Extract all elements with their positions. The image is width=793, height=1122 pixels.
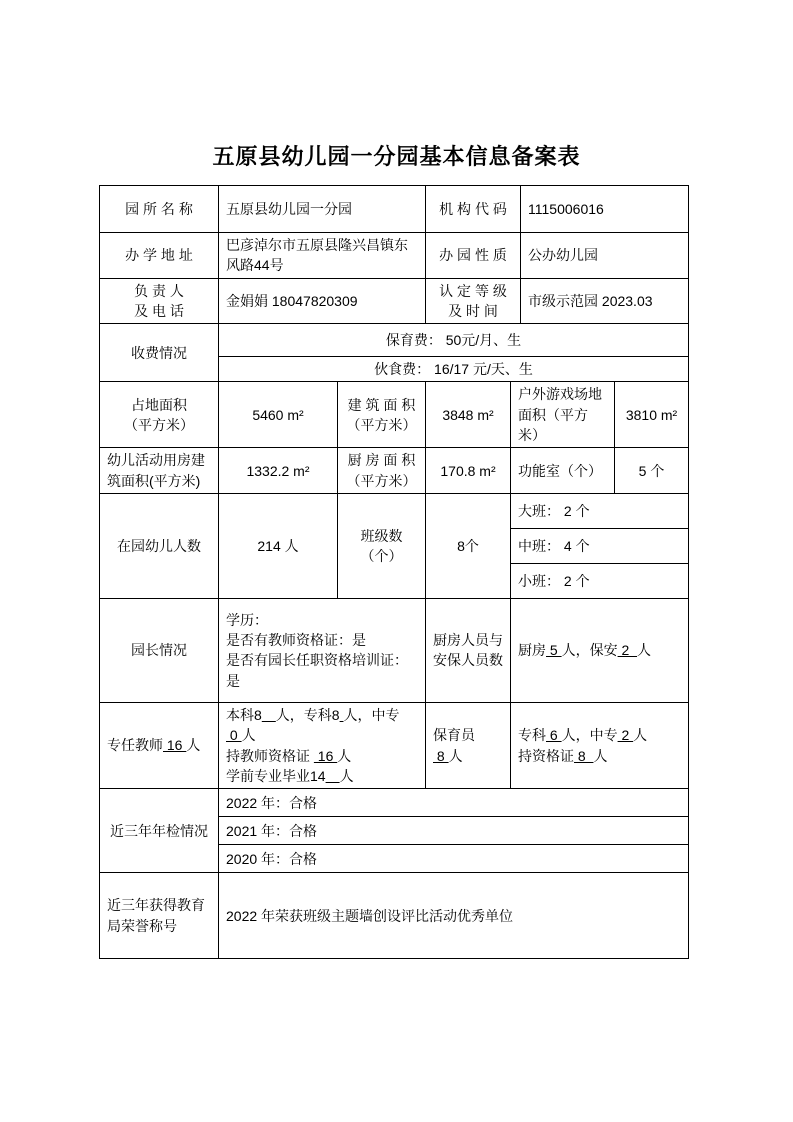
org-name-value: 五原县幼儿园一分园 xyxy=(219,186,426,233)
nurses-certified: 持资格证 8 人 xyxy=(518,746,681,766)
kitchen-security-label: 厨房人员与 安保人员数 xyxy=(426,598,511,702)
care-fee-value: 保育费： 50元/月、生 xyxy=(219,324,689,357)
org-code-value: 1115006016 xyxy=(521,186,689,233)
org-type-value: 公办幼儿园 xyxy=(521,233,689,279)
principal-phone-label-line1: 负 责 人 xyxy=(107,281,211,301)
junior-class-value: 小班： 2 个 xyxy=(511,563,689,598)
nurses-value: 专科 6 人，中专 2 人 持资格证 8 人 xyxy=(511,702,689,788)
outdoor-area-value: 3810 m² xyxy=(615,382,689,448)
principal-education: 学历： xyxy=(226,610,418,630)
fees-label: 收费情况 xyxy=(100,324,219,382)
kitchen-security-label-line1: 厨房人员与 xyxy=(433,630,503,650)
kitchen-area-label-line1: 厨 房 面 积 xyxy=(345,450,418,470)
org-type-label: 办 园 性 质 xyxy=(426,233,521,279)
outdoor-area-label-line2: 面积（平方米） xyxy=(518,405,607,446)
kitchen-security-label-line2: 安保人员数 xyxy=(433,650,503,670)
org-code-label: 机 构 代 码 xyxy=(426,186,521,233)
row-principal-phone: 负 责 人 及 电 话 金娟娟 18047820309 认 定 等 级 及 时 … xyxy=(100,278,689,324)
teachers-certified: 持教师资格证 16 人 xyxy=(226,746,418,766)
grade-label-line2: 及 时 间 xyxy=(433,301,513,321)
row-areas-2: 幼儿活动用房建筑面积(平方米) 1332.2 m² 厨 房 面 积 （平方米） … xyxy=(100,448,689,494)
principal-phone-label: 负 责 人 及 电 话 xyxy=(100,278,219,324)
row-teachers-nurses: 专任教师 16 人 本科8 人，专科8 人，中专 0 人 持教师资格证 16 人… xyxy=(100,702,689,788)
kitchen-area-label-line2: （平方米） xyxy=(345,471,418,491)
children-value: 214 人 xyxy=(219,493,338,598)
kitchen-security-value: 厨房 5 人，保安 2 人 xyxy=(511,598,689,702)
grade-value: 市级示范园 2023.03 xyxy=(521,278,689,324)
address-value: 巴彦淖尔市五原县隆兴昌镇东风路44号 xyxy=(219,233,426,279)
row-children-senior: 在园幼儿人数 214 人 班级数（个） 8个 大班： 2 个 xyxy=(100,493,689,528)
inspection-label: 近三年年检情况 xyxy=(100,789,219,873)
inspection-2022: 2022 年：合格 xyxy=(219,789,689,817)
grade-label: 认 定 等 级 及 时 间 xyxy=(426,278,521,324)
row-honor: 近三年获得教育局荣誉称号 2022 年荣获班级主题墙创设评比活动优秀单位 xyxy=(100,873,689,959)
function-rooms-value: 5 个 xyxy=(615,448,689,494)
building-area-label-line2: （平方米） xyxy=(345,415,418,435)
info-table: 园 所 名 称 五原县幼儿园一分园 机 构 代 码 1115006016 办 学… xyxy=(99,185,689,959)
senior-class-value: 大班： 2 个 xyxy=(511,493,689,528)
nurses-education: 专科 6 人，中专 2 人 xyxy=(518,725,681,745)
address-label: 办 学 地 址 xyxy=(100,233,219,279)
row-address: 办 学 地 址 巴彦淖尔市五原县隆兴昌镇东风路44号 办 园 性 质 公办幼儿园 xyxy=(100,233,689,279)
land-area-value: 5460 m² xyxy=(219,382,338,448)
principal-info-value: 学历： 是否有教师资格证：是 是否有园长任职资格培训证：是 xyxy=(219,598,426,702)
grade-label-line1: 认 定 等 级 xyxy=(433,281,513,301)
principal-info-label: 园长情况 xyxy=(100,598,219,702)
building-area-value: 3848 m² xyxy=(426,382,511,448)
row-org-name: 园 所 名 称 五原县幼儿园一分园 机 构 代 码 1115006016 xyxy=(100,186,689,233)
principal-phone-label-line2: 及 电 话 xyxy=(107,301,211,321)
principal-post-cert: 是否有园长任职资格培训证：是 xyxy=(226,650,418,691)
middle-class-value: 中班： 4 个 xyxy=(511,528,689,563)
outdoor-area-label-line1: 户外游戏场地 xyxy=(518,384,607,404)
teachers-label: 专任教师 16 人 xyxy=(100,702,219,788)
row-inspection-2022: 近三年年检情况 2022 年：合格 xyxy=(100,789,689,817)
teachers-major: 学前专业毕业14 人 xyxy=(226,766,418,786)
document-page: 五原县幼儿园一分园基本信息备案表 园 所 名 称 五原县幼儿园一分园 机 构 代… xyxy=(0,0,793,1122)
nurses-label: 保育员 8 人 xyxy=(426,702,511,788)
inspection-2020: 2020 年：合格 xyxy=(219,845,689,873)
honor-value: 2022 年荣获班级主题墙创设评比活动优秀单位 xyxy=(219,873,689,959)
honor-label: 近三年获得教育局荣誉称号 xyxy=(100,873,219,959)
classes-value: 8个 xyxy=(426,493,511,598)
land-area-label: 占地面积 （平方米） xyxy=(100,382,219,448)
row-fees-care: 收费情况 保育费： 50元/月、生 xyxy=(100,324,689,357)
principal-teacher-cert: 是否有教师资格证：是 xyxy=(226,630,418,650)
land-area-label-line2: （平方米） xyxy=(107,415,211,435)
form-title: 五原县幼儿园一分园基本信息备案表 xyxy=(0,140,793,171)
outdoor-area-label: 户外游戏场地 面积（平方米） xyxy=(511,382,615,448)
teachers-value: 本科8 人，专科8 人，中专 0 人 持教师资格证 16 人 学前专业毕业14 … xyxy=(219,702,426,788)
kitchen-area-label: 厨 房 面 积 （平方米） xyxy=(338,448,426,494)
building-area-label-line1: 建 筑 面 积 xyxy=(345,395,418,415)
activity-area-label: 幼儿活动用房建筑面积(平方米) xyxy=(100,448,219,494)
land-area-label-line1: 占地面积 xyxy=(107,395,211,415)
kitchen-area-value: 170.8 m² xyxy=(426,448,511,494)
children-label: 在园幼儿人数 xyxy=(100,493,219,598)
teachers-education: 本科8 人，专科8 人，中专 0 人 xyxy=(226,705,418,746)
classes-label: 班级数（个） xyxy=(338,493,426,598)
meal-fee-value: 伙食费： 16/17 元/天、生 xyxy=(219,357,689,382)
principal-phone-value: 金娟娟 18047820309 xyxy=(219,278,426,324)
activity-area-value: 1332.2 m² xyxy=(219,448,338,494)
building-area-label: 建 筑 面 积 （平方米） xyxy=(338,382,426,448)
row-areas-1: 占地面积 （平方米） 5460 m² 建 筑 面 积 （平方米） 3848 m²… xyxy=(100,382,689,448)
org-name-label: 园 所 名 称 xyxy=(100,186,219,233)
inspection-2021: 2021 年：合格 xyxy=(219,817,689,845)
function-rooms-label: 功能室（个） xyxy=(511,448,615,494)
row-principal-info: 园长情况 学历： 是否有教师资格证：是 是否有园长任职资格培训证：是 厨房人员与… xyxy=(100,598,689,702)
